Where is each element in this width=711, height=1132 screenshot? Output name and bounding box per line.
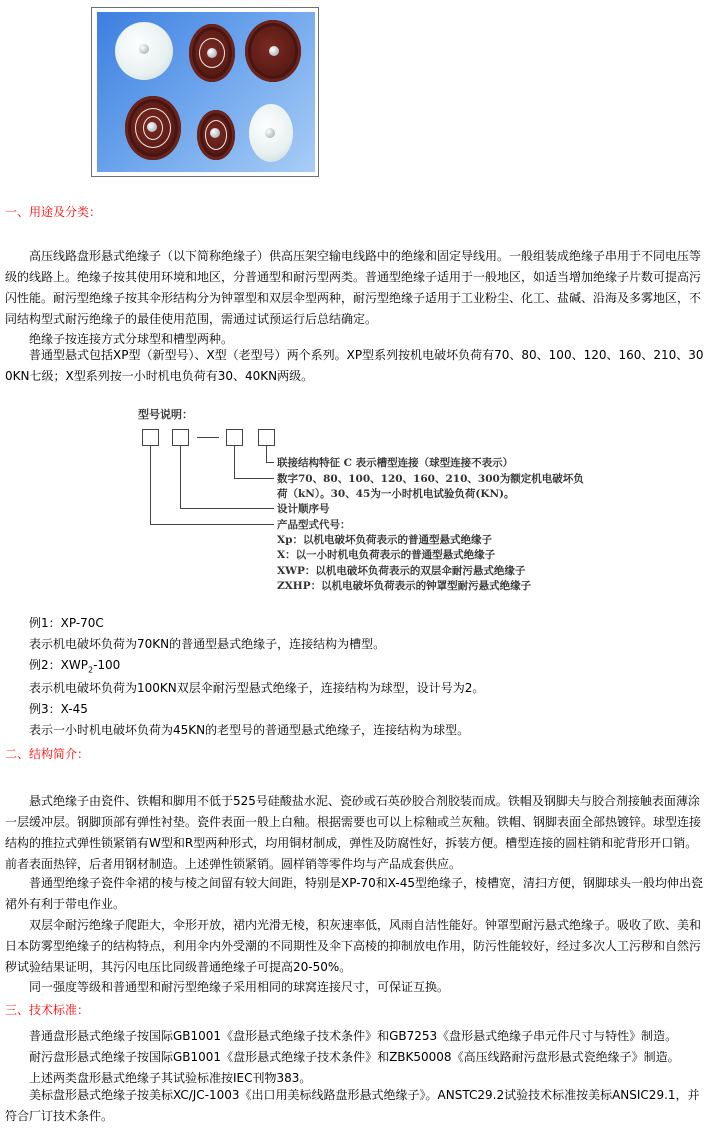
connector [266,446,267,462]
diagram-box-product-type [142,429,159,446]
connector [234,478,274,479]
connector [234,446,235,478]
diagram-box-load [226,429,243,446]
paragraph-antifouling: 双层伞耐污绝缘子爬距大，伞形开放，裙内光滑无棱，积灰速率低，风雨自洁性能好。钟罩… [5,915,705,978]
diagram-label: 联接结构特征 C 表示槽型连接（球型连接不表示） [277,455,513,470]
insulator-product-photo [97,12,315,172]
connector [150,524,274,525]
diagram-label: 数字70、80、100、120、160、210、300为额定机电破坏负 [277,471,584,486]
brown-insulator [245,20,301,82]
connector [180,508,274,509]
diagram-label: ZXHP：以机电破坏负荷表示的钟罩型耐污悬式绝缘子 [277,578,531,593]
paragraph-structure: 悬式绝缘子由瓷件、铁帽和脚用不低于525号硅酸盐水泥、瓷砂或石英砂胶合剂胶装而成… [5,791,705,875]
section-heading-standards: 三、技术标准： [5,1001,89,1018]
standard-paragraph-us: 美标盘形悬式绝缘子按美标XC/JC-1003《出口用美标线路盘形悬式绝缘子》。A… [5,1085,705,1127]
example-1-label: 例1：XP-70C [29,614,104,631]
diagram-label: 设计顺序号 [277,501,330,516]
section-heading-structure: 二、结构简介： [5,745,89,762]
paragraph-standard-type: 普通型绝缘子瓷件伞裙的棱与棱之间留有较大间距，特别是XP-70和X-45型绝缘子… [5,873,705,915]
diagram-label: 荷（kN）。30、45为一小时机电试验负荷(KN)。 [277,486,515,501]
example-3-desc: 表示一小时机电破坏负荷为45KN的老型号的普通型悬式绝缘子，连接结构为球型。 [29,721,469,738]
example-3-label: 例3：X-45 [29,700,88,717]
standard-line-1: 普通盘形悬式绝缘子按国际GB1001《盘形悬式绝缘子技术条件》和GB7253《盘… [29,1027,677,1044]
connector [180,446,181,508]
white-insulator [249,104,293,162]
example-2-prefix: 例2：XWP [29,658,88,672]
brown-insulator [189,24,235,82]
standard-line-2: 耐污盘形悬式绝缘子按国际GB1001《盘形悬式绝缘子技术条件》和ZBK50008… [29,1048,680,1065]
brown-insulator [197,110,235,160]
diagram-box-connection [258,429,275,446]
example-2-desc: 表示机电破坏负荷为100KN双层伞耐污型悬式绝缘子，连接结构为球型，设计号为2。 [29,679,484,696]
diagram-title: 型号说明： [138,406,193,422]
diagram-label: 产品型式代号： [277,517,351,532]
paragraph-intro: 高压线路盘形悬式绝缘子（以下简称绝缘子）供高压架空输电线路中的绝缘和固定导线用。… [5,246,705,330]
section-heading-usage: 一、用途及分类： [5,203,101,220]
paragraph-series: 普通型悬式包括XP型（新型号）、X型（老型号）两个系列。XP型系列按机电破坏负荷… [5,345,705,387]
connector [150,446,151,524]
diagram-label: XWP：以机电破坏负荷表示的双层伞耐污悬式绝缘子 [277,563,525,578]
white-insulator [115,22,173,80]
diagram-box-design-no [172,429,189,446]
diagram-dash [197,437,219,438]
example-1-desc: 表示机电破坏负荷为70KN的普通型悬式绝缘子，连接结构为槽型。 [29,635,385,652]
standard-line-3: 上述两类盘形悬式绝缘子其试验标准按IEC刊物383。 [29,1069,311,1086]
brown-insulator [125,96,181,160]
diagram-label: X：以一小时机电负荷表示的普通型悬式绝缘子 [277,547,495,562]
model-number-diagram: 型号说明： 联接结构特征 C 表示槽型连接（球型连接不表示） 数字70、80、1… [130,398,590,608]
diagram-label: Xp：以机电破坏负荷表示的普通型悬式绝缘子 [277,532,492,547]
example-2-label: 例2：XWP2-100 [29,656,120,674]
product-image-frame [91,7,319,177]
paragraph-interchange: 同一强度等级和普通型和耐污型绝缘子采用相同的球窝连接尺寸，可保证互换。 [29,978,449,995]
example-2-suffix: -100 [93,658,120,672]
connector [266,462,274,463]
